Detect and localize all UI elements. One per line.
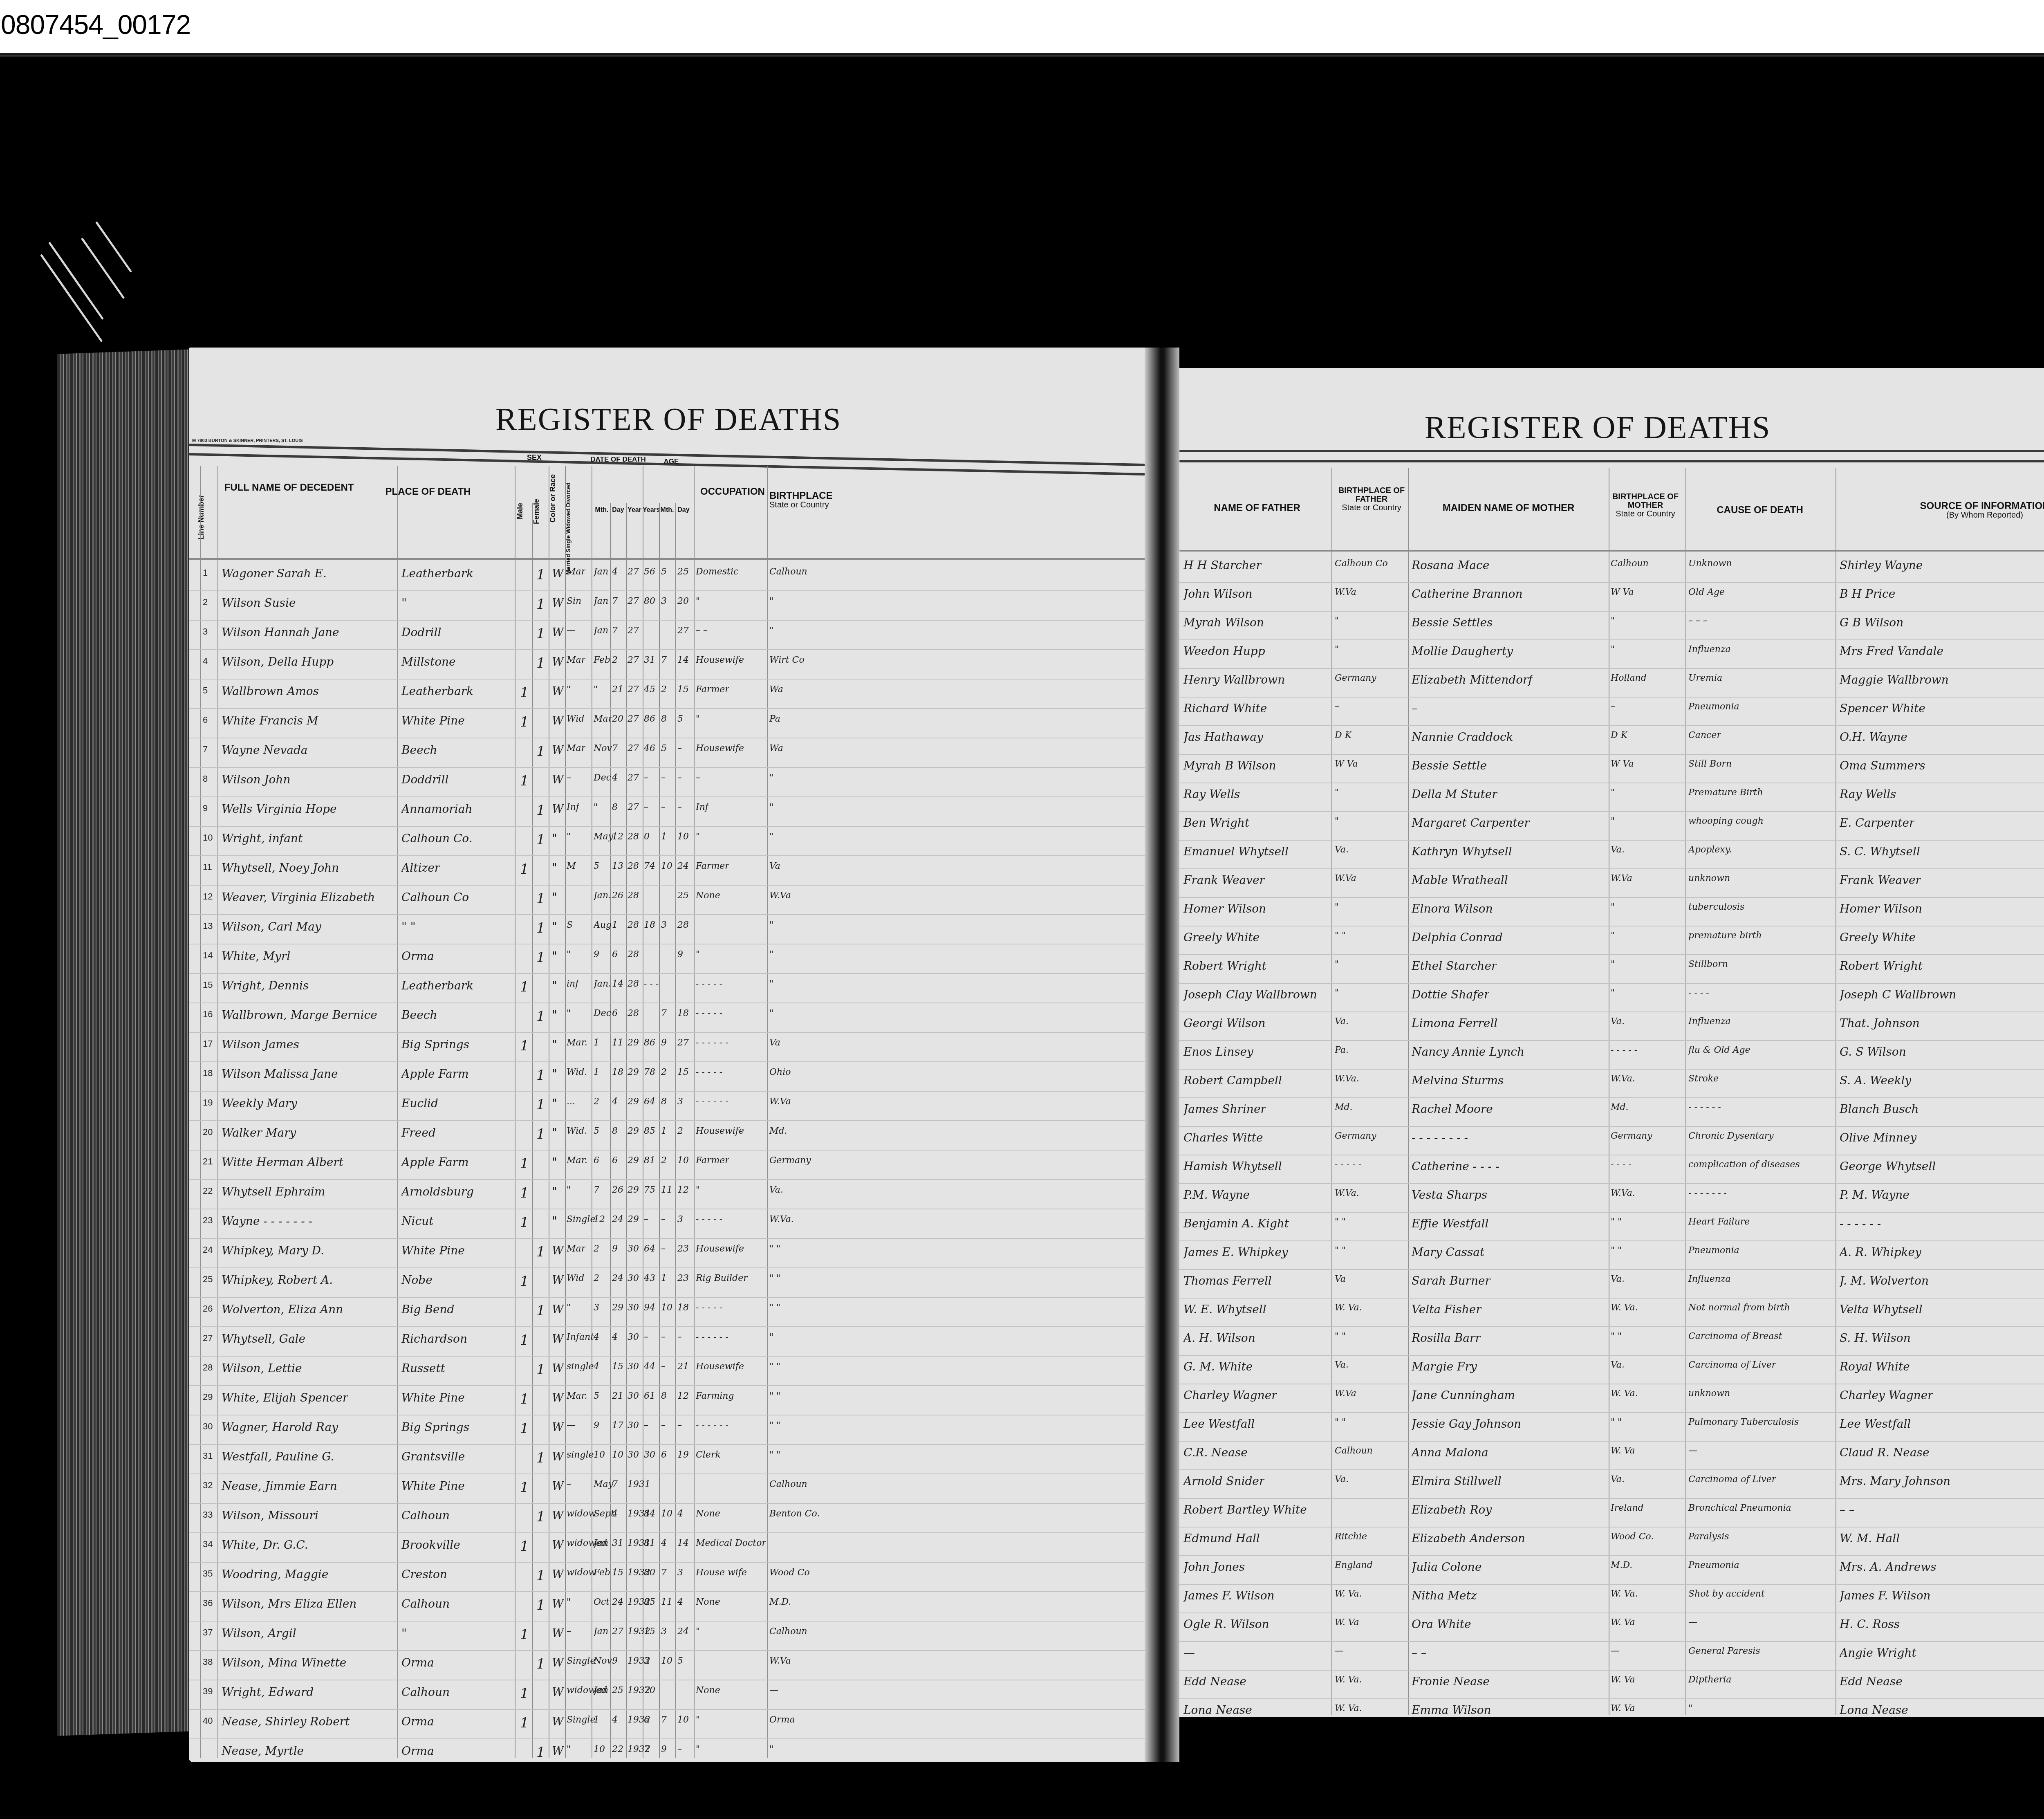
birthplace: Va. — [769, 1185, 783, 1195]
father-birthplace: W. Va. — [1335, 1589, 1362, 1599]
line-number: 13 — [203, 921, 213, 931]
birthplace: " — [769, 1744, 773, 1754]
header-band — [1179, 450, 2044, 452]
mother-maiden-name: Anna Malona — [1412, 1446, 1488, 1459]
age-years: 43 — [644, 1273, 655, 1283]
line-number: 34 — [203, 1539, 213, 1550]
source-of-information: W. M. Hall — [1840, 1532, 1900, 1545]
father-name: P.M. Wayne — [1183, 1188, 1250, 1202]
mother-birthplace: W. Va. — [1611, 1388, 1638, 1399]
mother-birthplace: - - - - - — [1611, 1045, 1637, 1055]
birthplace: " " — [769, 1391, 780, 1401]
death-month: Jan — [594, 626, 608, 636]
cause-of-death: Shot by accident — [1688, 1589, 1765, 1599]
place-of-death: Creston — [401, 1568, 447, 1581]
father-birthplace: - - - - - — [1335, 1160, 1361, 1170]
occupation: " — [696, 949, 700, 960]
source-of-information: Lona Nease — [1840, 1703, 1908, 1717]
death-month: 1 — [594, 1067, 599, 1077]
age-months: 8 — [661, 1097, 667, 1107]
marital-status: Wid. — [567, 1067, 587, 1077]
father-name: Thomas Ferrell — [1183, 1274, 1272, 1287]
father-name: John Jones — [1183, 1560, 1245, 1574]
row-rule — [1179, 639, 2044, 640]
line-number: 14 — [203, 950, 213, 961]
age-months: – — [661, 1420, 666, 1431]
decedent-name: White, Myrl — [222, 949, 290, 963]
line-number: 10 — [203, 832, 213, 843]
cause-of-death: - - - - - - - — [1688, 1188, 1727, 1198]
decedent-name: Walker Mary — [222, 1126, 296, 1139]
cause-of-death: premature birth — [1688, 931, 1762, 941]
occupation: - - - - - — [696, 979, 722, 989]
row-rule — [189, 767, 1145, 768]
table-row: James E. Whipkey" "Mary Cassat" "Pneumon… — [1179, 1243, 2044, 1270]
decedent-name: Wright, infant — [222, 832, 303, 845]
source-of-information: Robert Wright — [1840, 959, 1923, 973]
birthplace: Wirt Co — [769, 655, 805, 665]
cause-of-death: Pneumonia — [1688, 702, 1739, 712]
mother-birthplace: " — [1611, 644, 1615, 655]
age-days: 14 — [677, 655, 689, 665]
death-year: 28 — [628, 861, 639, 871]
birthplace: Wood Co — [769, 1568, 810, 1578]
death-month: 7 — [594, 1185, 599, 1195]
marital-status: " — [567, 1744, 571, 1754]
age-days: 15 — [677, 684, 689, 695]
age-years: 84 — [644, 1509, 655, 1519]
birthplace: Calhoun — [769, 567, 807, 577]
cause-of-death: Pulmonary Tuberculosis — [1688, 1417, 1799, 1427]
father-name: Joseph Clay Wallbrown — [1183, 988, 1317, 1001]
occupation: " — [696, 714, 700, 724]
occupation: " — [696, 832, 700, 842]
cause-of-death: Chronic Dysentary — [1688, 1131, 1774, 1141]
place-of-death: Nobe — [401, 1273, 433, 1287]
decedent-name: Wilson John — [222, 773, 291, 786]
place-of-death: Euclid — [401, 1097, 438, 1110]
line-number: 9 — [203, 803, 208, 814]
death-day: 27 — [612, 1626, 623, 1637]
source-of-information: Shirley Wayne — [1840, 558, 1923, 572]
death-year: 30 — [628, 1361, 639, 1372]
death-day: 11 — [612, 1038, 623, 1048]
age-days: – — [677, 773, 682, 783]
row-rule — [1179, 754, 2044, 755]
line-number: 29 — [203, 1392, 213, 1402]
sex-male: 1 — [520, 861, 529, 877]
death-month: 6 — [594, 1155, 599, 1166]
sex-male: 1 — [520, 979, 529, 995]
death-year: 27 — [628, 714, 639, 724]
mother-maiden-name: Catherine - - - - — [1412, 1160, 1499, 1173]
father-name: Weedon Hupp — [1183, 644, 1265, 658]
father-birthplace: W Va — [1335, 759, 1358, 769]
death-day: 24 — [612, 1214, 623, 1225]
age-months: – — [661, 802, 666, 812]
table-row: Lee Westfall" "Jessie Gay Johnson" "Pulm… — [1179, 1415, 2044, 1442]
death-month: Aug — [594, 920, 612, 930]
marital-status: single — [567, 1450, 594, 1460]
sex-male: 1 — [520, 1273, 529, 1290]
mother-birthplace: Va. — [1611, 1016, 1625, 1027]
death-day: 20 — [612, 714, 623, 724]
death-month: 10 — [594, 1744, 605, 1754]
cause-of-death: Still Born — [1688, 759, 1732, 769]
line-number: 16 — [203, 1009, 213, 1020]
header-birthplace-label: BIRTHPLACE — [769, 490, 833, 501]
row-rule — [1179, 1040, 2044, 1041]
table-row: 10Wright, infantCalhoun Co.1""May1228011… — [189, 829, 1145, 856]
table-row: 9Wells Virginia HopeAnnamoriah1WInf"827–… — [189, 800, 1145, 827]
sex-male: 1 — [520, 714, 529, 730]
decedent-name: White, Dr. G.C. — [222, 1538, 308, 1552]
age-days: 21 — [677, 1361, 689, 1372]
birthplace: " " — [769, 1361, 780, 1372]
row-rule — [189, 1591, 1145, 1592]
birthplace: Calhoun — [769, 1626, 807, 1637]
table-row: 14White, MyrlOrma1""96289"" — [189, 947, 1145, 974]
father-name: Charles Witte — [1183, 1131, 1263, 1144]
source-of-information: S. C. Whytsell — [1840, 845, 1920, 858]
table-row: P.M. WayneW.Va.Vesta SharpsW.Va.- - - - … — [1179, 1186, 2044, 1213]
father-birthplace: Va. — [1335, 845, 1349, 855]
father-birthplace: " " — [1335, 1245, 1346, 1256]
age-months: 5 — [661, 743, 667, 754]
birthplace: Va — [769, 1038, 780, 1048]
cause-of-death: tuberculosis — [1688, 902, 1744, 912]
father-birthplace: W.Va. — [1335, 1188, 1359, 1198]
header-color: Color or Race — [549, 474, 557, 523]
sex-male: 1 — [520, 1715, 529, 1731]
marital-status: Mar — [567, 567, 585, 577]
line-number: 17 — [203, 1038, 213, 1049]
sex-male: 1 — [520, 1214, 529, 1231]
death-year: 27 — [628, 567, 639, 577]
row-rule — [189, 855, 1145, 856]
death-year: 30 — [628, 1303, 639, 1313]
source-of-information: Olive Minney — [1840, 1131, 1916, 1144]
row-rule — [189, 1474, 1145, 1474]
sex-female: 1 — [536, 1008, 545, 1025]
sex-male: 1 — [520, 1479, 529, 1496]
father-name: Myrah Wilson — [1183, 616, 1264, 629]
row-rule — [189, 1267, 1145, 1268]
mother-maiden-name: Nancy Annie Lynch — [1412, 1045, 1524, 1059]
row-rule — [189, 620, 1145, 621]
age-days: 3 — [677, 1097, 683, 1107]
death-day: 15 — [612, 1361, 623, 1372]
header-age: AGE — [647, 458, 696, 465]
mother-birthplace: " — [1611, 988, 1615, 998]
age-days: – — [677, 1332, 682, 1342]
age-days: 27 — [677, 1038, 689, 1048]
death-month: Feb — [594, 1568, 610, 1578]
mother-maiden-name: – – — [1412, 1646, 1427, 1660]
death-year: 29 — [628, 1038, 639, 1048]
birthplace: " — [769, 920, 773, 930]
mother-maiden-name: Vesta Sharps — [1412, 1188, 1487, 1202]
table-row: 39Wright, EdwardCalhoun1WwidowedJan25193… — [189, 1683, 1145, 1710]
row-rule — [1179, 611, 2044, 612]
mother-birthplace: W Va — [1611, 759, 1634, 769]
mother-birthplace: W.Va — [1611, 873, 1632, 884]
father-birthplace: " " — [1335, 1417, 1346, 1427]
father-name: Richard White — [1183, 702, 1267, 715]
father-birthplace: W.Va. — [1335, 1074, 1359, 1084]
mother-birthplace: - - - - — [1611, 1160, 1632, 1170]
father-birthplace: " — [1335, 787, 1339, 798]
occupation: - - - - - — [696, 1303, 722, 1313]
age-years: 6 — [644, 1715, 650, 1725]
occupation: - - - - - — [696, 1214, 722, 1225]
table-row: 32Nease, Jimmie EarnWhite Pine1W–May7193… — [189, 1477, 1145, 1504]
row-rule — [1179, 1641, 2044, 1642]
age-years: 44 — [644, 1361, 655, 1372]
row-rule — [189, 1444, 1145, 1445]
row-rule — [189, 1179, 1145, 1180]
birthplace: Benton Co. — [769, 1509, 820, 1519]
marital-status: Single — [567, 1214, 595, 1225]
mother-maiden-name: Bessie Settle — [1412, 759, 1487, 772]
sex-female: 1 — [536, 1097, 545, 1113]
color-race: W — [552, 1538, 564, 1552]
father-name: James E. Whipkey — [1183, 1245, 1288, 1259]
age-days: – — [677, 1744, 682, 1754]
death-month: 3 — [594, 1303, 599, 1313]
occupation: - - - - - — [696, 1067, 722, 1077]
age-months: 10 — [661, 1656, 672, 1666]
image-id-label: 0807454_00172 — [1, 9, 191, 40]
line-number: 6 — [203, 715, 208, 725]
mother-birthplace: " — [1611, 959, 1615, 969]
death-month: Nov — [594, 1656, 612, 1666]
marital-status: M — [567, 861, 576, 871]
row-rule — [189, 649, 1145, 650]
birthplace: W.Va — [769, 890, 791, 901]
image-label-strip: 0807454_00172 — [0, 0, 2044, 53]
source-of-information: Royal White — [1840, 1360, 1910, 1373]
occupation: " — [696, 1744, 700, 1754]
death-day: 2 — [612, 655, 618, 665]
marital-status: – — [567, 1479, 571, 1489]
decedent-name: Nease, Jimmie Earn — [222, 1479, 337, 1493]
left-page: REGISTER OF DEATHS M 7803 BURTON & SKINN… — [189, 348, 1145, 1762]
source-of-information: Blanch Busch — [1840, 1102, 1919, 1116]
table-row: 36Wilson, Mrs Eliza EllenCalhoun1W"Oct24… — [189, 1595, 1145, 1622]
death-day: 9 — [612, 1244, 618, 1254]
death-year: 28 — [628, 920, 639, 930]
cause-of-death: - - - - - - — [1688, 1102, 1721, 1112]
color-race: W — [552, 626, 564, 639]
birthplace: " — [769, 979, 773, 989]
death-month: 4 — [594, 1361, 599, 1372]
mother-birthplace: Md. — [1611, 1102, 1629, 1112]
decedent-name: Wayne - - - - - - - — [222, 1214, 312, 1228]
death-month: Jan. — [594, 890, 611, 901]
line-number: 33 — [203, 1509, 213, 1520]
row-rule — [1179, 1584, 2044, 1585]
marital-status: Mar. — [567, 1391, 587, 1401]
death-month: 2 — [594, 1273, 599, 1283]
row-rule — [189, 1326, 1145, 1327]
decedent-name: White Francis M — [222, 714, 318, 727]
place-of-death: Apple Farm — [401, 1067, 469, 1081]
mother-maiden-name: Julia Colone — [1412, 1560, 1481, 1574]
header-source-sub: (By Whom Reported) — [1838, 511, 2044, 520]
mother-birthplace: " — [1611, 816, 1615, 826]
marital-status: – — [567, 773, 571, 783]
death-month: 1 — [594, 1038, 599, 1048]
place-of-death: Freed — [401, 1126, 436, 1139]
header-father-birthplace: BIRTHPLACE OF FATHER State or Country — [1335, 487, 1408, 512]
father-birthplace: Germany — [1335, 673, 1376, 683]
place-of-death: White Pine — [401, 714, 465, 727]
place-of-death: Brookville — [401, 1538, 460, 1552]
death-year: 28 — [628, 832, 639, 842]
occupation: " — [696, 1626, 700, 1637]
line-number: 1 — [203, 567, 208, 578]
color-race: W — [552, 1685, 564, 1699]
death-month: 4 — [594, 1332, 599, 1342]
father-name: G. M. White — [1183, 1360, 1253, 1373]
death-day: 14 — [612, 979, 623, 989]
place-of-death: Leatherbark — [401, 979, 473, 992]
occupation: Housewife — [696, 743, 744, 754]
father-name: Henry Wallbrown — [1183, 673, 1285, 686]
row-rule — [1179, 1527, 2044, 1527]
age-years: 30 — [644, 1450, 655, 1460]
place-of-death: " — [401, 1626, 407, 1640]
death-month: May — [594, 1479, 613, 1489]
place-of-death: Beech — [401, 743, 437, 757]
sex-female: 1 — [536, 1361, 545, 1378]
row-rule — [1179, 1670, 2044, 1671]
table-row: Lona NeaseW. Va.Emma WilsonW. Va"Lona Ne… — [1179, 1701, 2044, 1717]
occupation: House wife — [696, 1568, 747, 1578]
row-rule — [189, 944, 1145, 944]
table-row: 20Walker MaryFreed1"Wid.58298512Housewif… — [189, 1124, 1145, 1151]
father-name: Georgi Wilson — [1183, 1016, 1265, 1030]
decedent-name: Wilson Hannah Jane — [222, 626, 339, 639]
mother-maiden-name: Rosilla Barr — [1412, 1331, 1481, 1345]
mother-birthplace: Va. — [1611, 845, 1625, 855]
line-number: 25 — [203, 1274, 213, 1285]
age-days: 3 — [677, 1568, 683, 1578]
color-race: " — [552, 1155, 557, 1169]
row-rule — [189, 1650, 1145, 1651]
age-months: 1 — [661, 1126, 667, 1136]
row-rule — [189, 1532, 1145, 1533]
row-rule — [1179, 697, 2044, 698]
mother-maiden-name: Mollie Daugherty — [1412, 644, 1513, 658]
place-of-death: Richardson — [401, 1332, 467, 1346]
sex-female: 1 — [536, 626, 545, 642]
death-day: 25 — [612, 1685, 623, 1696]
age-days: 12 — [677, 1185, 689, 1195]
mother-maiden-name: Ethel Starcher — [1412, 959, 1497, 973]
cause-of-death: Influenza — [1688, 644, 1731, 655]
decedent-name: Wilson, Missouri — [222, 1509, 318, 1522]
mother-birthplace: Va. — [1611, 1474, 1625, 1485]
row-rule — [1179, 926, 2044, 926]
place-of-death: Calhoun Co — [401, 890, 469, 904]
death-day: 4 — [612, 1097, 618, 1107]
sex-male: 1 — [520, 1538, 529, 1554]
death-day: 21 — [612, 1391, 623, 1401]
table-row: 34White, Dr. G.C.Brookville1WwidowedJan3… — [189, 1536, 1145, 1563]
mother-birthplace: " — [1611, 787, 1615, 798]
place-of-death: White Pine — [401, 1391, 465, 1404]
mother-maiden-name: Della M Stuter — [1412, 787, 1497, 801]
place-of-death: Calhoun Co. — [401, 832, 473, 845]
table-row: 21Witte Herman AlbertApple Farm1"Mar.662… — [189, 1153, 1145, 1180]
father-name: Charley Wagner — [1183, 1388, 1277, 1402]
decedent-name: Nease, Myrtle — [222, 1744, 304, 1758]
table-row: Myrah Wilson"Bessie Settles"– – –G B Wil… — [1179, 613, 2044, 640]
birthplace: Pa — [769, 714, 780, 724]
death-year: 28 — [628, 949, 639, 960]
cause-of-death: Old Age — [1688, 587, 1725, 597]
death-day: 29 — [612, 1303, 623, 1313]
age-days: 23 — [677, 1273, 689, 1283]
sex-female: 1 — [536, 655, 545, 671]
decedent-name: Wilson, Mina Winette — [222, 1656, 346, 1669]
row-rule — [1179, 783, 2044, 783]
mother-birthplace: Holland — [1611, 673, 1647, 683]
father-name: Benjamin A. Kight — [1183, 1217, 1289, 1230]
father-name: W. E. Whytsell — [1183, 1303, 1266, 1316]
line-number: 12 — [203, 891, 213, 902]
age-days: 12 — [677, 1391, 689, 1401]
mother-maiden-name: Elizabeth Roy — [1412, 1503, 1492, 1516]
row-rule — [189, 1415, 1145, 1415]
page-title: REGISTER OF DEATHS — [1425, 409, 1771, 446]
table-row: 33Wilson, MissouriCalhoun1WwidowSept4193… — [189, 1506, 1145, 1533]
row-rule — [1179, 1097, 2044, 1098]
age-months: – — [661, 1361, 666, 1372]
color-race: " — [552, 832, 557, 845]
age-years: – — [644, 773, 648, 783]
death-day: 13 — [612, 861, 623, 871]
color-race: W — [552, 1332, 564, 1346]
mother-maiden-name: Elnora Wilson — [1412, 902, 1493, 915]
cause-of-death: Not normal from birth — [1688, 1303, 1790, 1313]
age-months: 2 — [661, 1067, 667, 1077]
mother-maiden-name: Nitha Metz — [1412, 1589, 1477, 1602]
place-of-death: Calhoun — [401, 1509, 450, 1522]
header-year: Year — [626, 507, 643, 514]
age-months: 9 — [661, 1744, 667, 1754]
row-rule — [1179, 1326, 2044, 1327]
source-of-information: George Whytsell — [1840, 1160, 1936, 1173]
color-race: W — [552, 1391, 564, 1404]
age-days: 25 — [677, 890, 689, 901]
father-birthplace: – — [1335, 702, 1339, 712]
place-of-death: Arnoldsburg — [401, 1185, 474, 1198]
age-years: 80 — [644, 596, 655, 606]
death-day: 15 — [612, 1568, 623, 1578]
mother-birthplace: Wood Co. — [1611, 1532, 1654, 1542]
source-of-information: Edd Nease — [1840, 1675, 1903, 1688]
age-days: 4 — [677, 1509, 683, 1519]
source-of-information: Greely White — [1840, 931, 1916, 944]
table-row: 2Wilson Susie"1WSinJan72780320"" — [189, 594, 1145, 621]
sex-female: 1 — [536, 949, 545, 966]
cause-of-death: — — [1688, 1617, 1697, 1628]
right-page: REGISTER OF DEATHS NAME OF FATHER BIRTHP… — [1179, 368, 2044, 1717]
father-name: Lee Westfall — [1183, 1417, 1255, 1431]
